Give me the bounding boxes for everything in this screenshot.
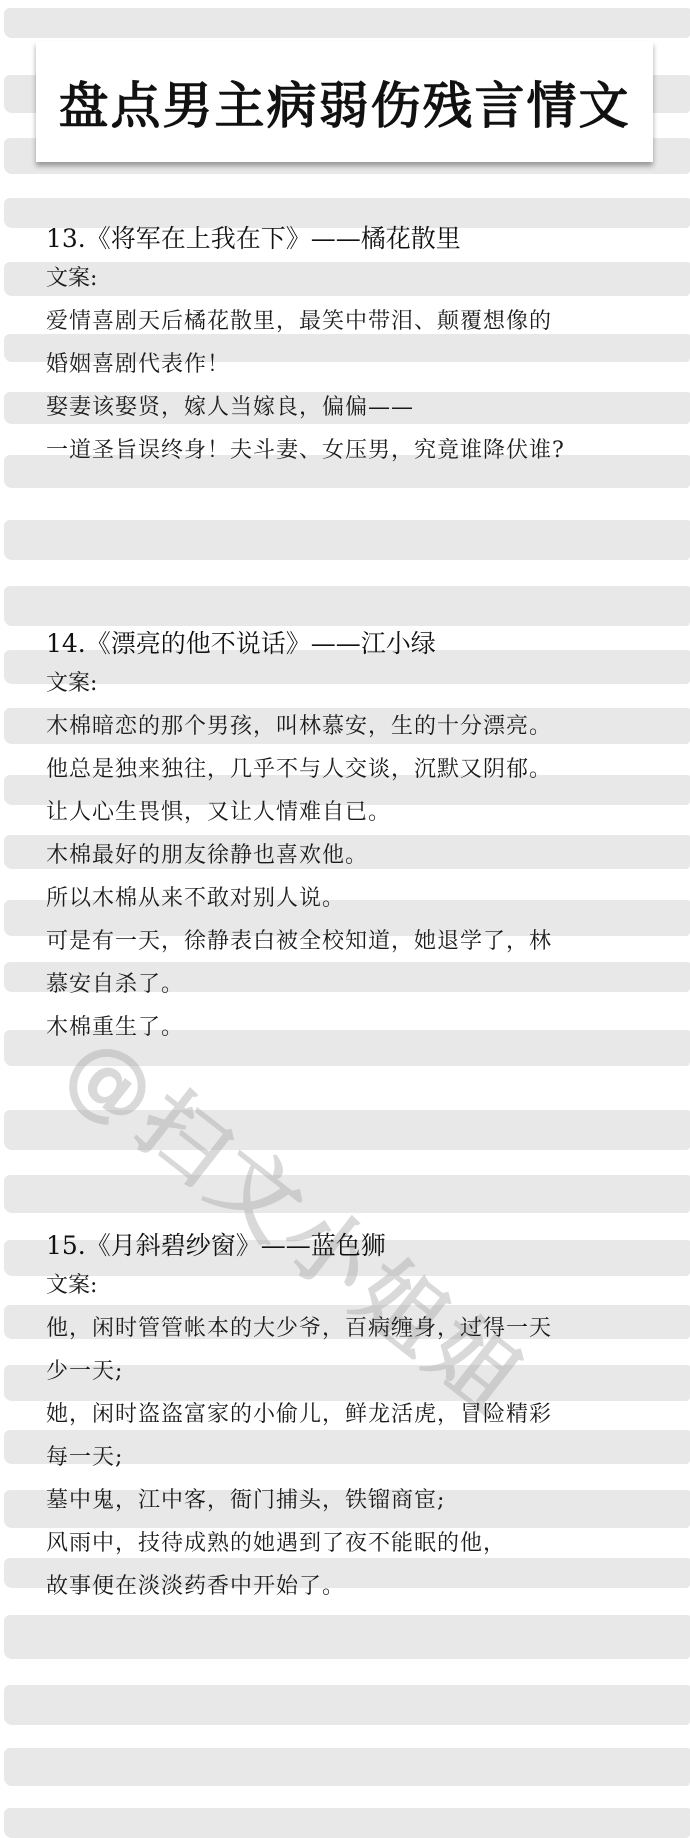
- synopsis-line: 木棉重生了。: [46, 1013, 670, 1043]
- synopsis-line: 所以木棉从来不敢对别人说。: [46, 884, 670, 914]
- background-stripe: [4, 586, 690, 626]
- synopsis-line: 娶妻该娶贤，嫁人当嫁良，偏偏——: [46, 393, 670, 423]
- background-stripe: [4, 1748, 690, 1786]
- background-stripe: [4, 1615, 690, 1659]
- synopsis-line: 木棉暗恋的那个男孩，叫林慕安，生的十分漂亮。: [46, 712, 670, 742]
- synopsis-line: 墓中鬼，江中客，衙门捕头，铁镏商宦;: [46, 1486, 670, 1516]
- page-title: 盘点男主病弱伤残言情文: [59, 66, 631, 138]
- synopsis-line: 一道圣旨误终身！夫斗妻、女压男，究竟谁降伏谁?: [46, 436, 670, 466]
- background-stripe: [4, 1685, 690, 1725]
- entry-heading: 14.《漂亮的他不说话》——江小绿: [46, 629, 670, 659]
- background-stripe: [4, 1175, 690, 1213]
- book-entry-14: 14.《漂亮的他不说话》——江小绿 文案: 木棉暗恋的那个男孩，叫林慕安，生的十…: [46, 629, 670, 1043]
- synopsis-line: 故事便在淡淡药香中开始了。: [46, 1572, 670, 1602]
- background-stripe: [4, 8, 690, 38]
- background-stripe: [4, 1110, 690, 1150]
- synopsis-label: 文案:: [46, 1271, 670, 1301]
- synopsis-label: 文案:: [46, 264, 670, 294]
- background-stripe: [4, 520, 690, 560]
- synopsis-line: 她，闲时盗盗富家的小偷儿，鲜龙活虎，冒险精彩: [46, 1400, 670, 1430]
- synopsis-line: 可是有一天，徐静表白被全校知道，她退学了，林: [46, 927, 670, 957]
- synopsis-line: 让人心生畏惧，又让人情难自已。: [46, 798, 670, 828]
- synopsis-line: 慕安自杀了。: [46, 970, 670, 1000]
- synopsis-line: 婚姻喜剧代表作！: [46, 350, 670, 380]
- synopsis-line: 他总是独来独往，几乎不与人交谈，沉默又阴郁。: [46, 755, 670, 785]
- synopsis-line: 他，闲时管管帐本的大少爷，百病缠身，过得一天: [46, 1314, 670, 1344]
- synopsis-line: 爱情喜剧天后橘花散里，最笑中带泪、颠覆想像的: [46, 307, 670, 337]
- entry-heading: 15.《月斜碧纱窗》——蓝色狮: [46, 1231, 670, 1261]
- synopsis-line: 木棉最好的朋友徐静也喜欢他。: [46, 841, 670, 871]
- book-entry-15: 15.《月斜碧纱窗》——蓝色狮 文案: 他，闲时管管帐本的大少爷，百病缠身，过得…: [46, 1231, 670, 1602]
- synopsis-line: 每一天;: [46, 1443, 670, 1473]
- title-card: 盘点男主病弱伤残言情文: [36, 41, 653, 162]
- book-entry-13: 13.《将军在上我在下》——橘花散里 文案: 爱情喜剧天后橘花散里，最笑中带泪、…: [46, 224, 670, 466]
- synopsis-line: 少一天;: [46, 1357, 670, 1387]
- background-stripe: [4, 1808, 690, 1838]
- entry-heading: 13.《将军在上我在下》——橘花散里: [46, 224, 670, 254]
- synopsis-line: 风雨中，技待成熟的她遇到了夜不能眠的他，: [46, 1529, 670, 1559]
- synopsis-label: 文案:: [46, 669, 670, 699]
